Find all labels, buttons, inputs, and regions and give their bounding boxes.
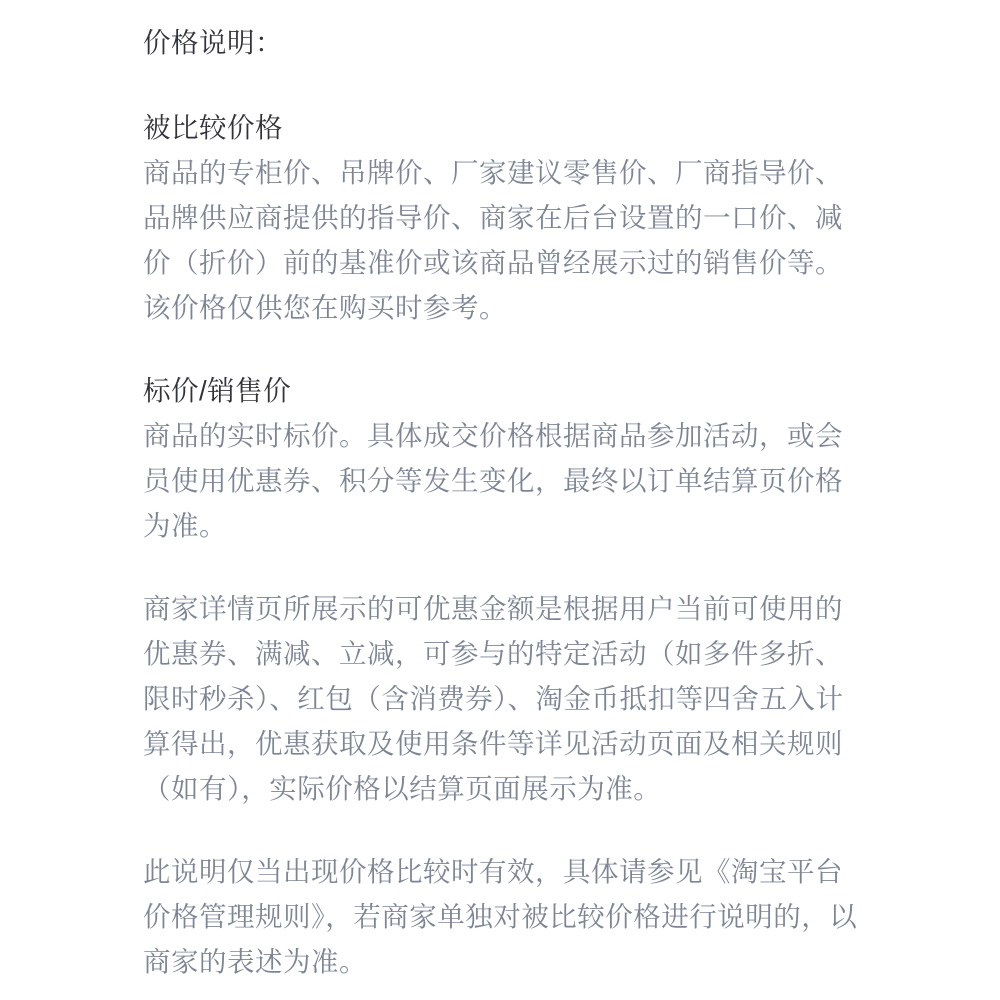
section-discount-amount: 商家详情页所展示的可优惠金额是根据用户当前可使用的优惠券、满减、立减，可参与的特… bbox=[143, 586, 859, 811]
section-body-compared-price: 商品的专柜价、吊牌价、厂家建议零售价、厂商指导价、品牌供应商提供的指导价、商家在… bbox=[143, 150, 859, 330]
section-heading-listed-price: 标价/销售价 bbox=[143, 368, 859, 413]
page-title: 价格说明： bbox=[143, 20, 859, 65]
section-listed-price: 标价/销售价 商品的实时标价。具体成交价格根据商品参加活动，或会员使用优惠券、积… bbox=[143, 368, 859, 548]
section-heading-compared-price: 被比较价格 bbox=[143, 105, 859, 150]
price-explanation-page: 价格说明： 被比较价格 商品的专柜价、吊牌价、厂家建议零售价、厂商指导价、品牌供… bbox=[143, 20, 859, 984]
section-validity-note: 此说明仅当出现价格比较时有效，具体请参见《淘宝平台价格管理规则》，若商家单独对被… bbox=[143, 849, 859, 984]
section-compared-price: 被比较价格 商品的专柜价、吊牌价、厂家建议零售价、厂商指导价、品牌供应商提供的指… bbox=[143, 105, 859, 330]
section-body-discount-amount: 商家详情页所展示的可优惠金额是根据用户当前可使用的优惠券、满减、立减，可参与的特… bbox=[143, 586, 859, 811]
section-body-listed-price: 商品的实时标价。具体成交价格根据商品参加活动，或会员使用优惠券、积分等发生变化，… bbox=[143, 413, 859, 548]
section-body-validity-note: 此说明仅当出现价格比较时有效，具体请参见《淘宝平台价格管理规则》，若商家单独对被… bbox=[143, 849, 859, 984]
